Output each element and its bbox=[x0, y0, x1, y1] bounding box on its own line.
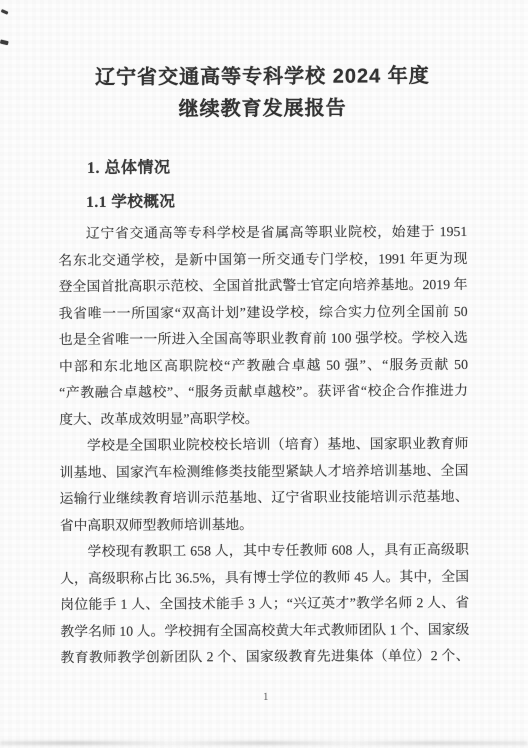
paragraph-3-line-4: 教学名师 10 人。学校拥有全国高校黄大年式教师团队 1 个、国家级职业 bbox=[60, 616, 469, 645]
scanned-report-page: 辽宁省交通高等专科学校 2024 年度 继续教育发展报告 1. 总体情况 1.1… bbox=[0, 0, 528, 748]
paragraph-1-line-2: 名东北交通学校，是新中国第一所交通专门学校，1991 年更为现名。荣 bbox=[58, 245, 467, 274]
document-sheet: 辽宁省交通高等专科学校 2024 年度 继续教育发展报告 1. 总体情况 1.1… bbox=[0, 0, 528, 748]
scan-speck-top-left-2 bbox=[0, 39, 9, 45]
scan-edge-smudge bbox=[0, 741, 528, 745]
subsection-heading: 1.1 学校概况 bbox=[86, 189, 175, 211]
paragraph-2-line-3: 运输行业继续教育培训示范基地、辽宁省职业技能培训示范基地、辽宁 bbox=[60, 484, 469, 513]
paragraph-3-line-5: 教育教师教学创新团队 2 个、国家级教育先进集体（单位）2 个、全国教 bbox=[60, 643, 469, 672]
section-heading: 1. 总体情况 bbox=[87, 154, 171, 177]
document-body: 辽宁省交通高等专科学校是省属高等职业院校，始建于 1951 年，时名东北交通学校… bbox=[58, 219, 469, 672]
paragraph-1-line-1: 辽宁省交通高等专科学校是省属高等职业院校，始建于 1951 年，时 bbox=[58, 219, 467, 248]
paragraph-3-line-2: 人，高级职称占比 36.5%，具有博士学位的教师 45 人。其中，全国青年 bbox=[60, 563, 469, 592]
paragraph-2-line-1: 学校是全国职业院校校长培训（培育）基地、国家职业教育师资培 bbox=[59, 431, 468, 460]
scan-speck-top-left-1 bbox=[1, 9, 9, 15]
paragraph-1-line-4: 我省唯一一所国家“双高计划”建设学校，综合实力位列全国前 50 强， bbox=[59, 298, 468, 327]
paragraph-2-line-2: 训基地、国家汽车检测维修类技能型紧缺人才培养培训基地、全国交通 bbox=[59, 457, 468, 486]
report-title-line-2: 继续教育发展报告 bbox=[0, 92, 527, 127]
page-number: 1 bbox=[2, 690, 528, 705]
paragraph-2-line-4: 省中高职双师型教师培训基地。 bbox=[60, 510, 469, 539]
report-title-line-1: 辽宁省交通高等专科学校 2024 年度 bbox=[0, 60, 527, 95]
paragraph-1-line-8: 度大、改革成效明显”高职学校。 bbox=[59, 404, 468, 433]
paragraph-1-line-5: 也是全省唯一一所进入全国高等职业教育前 100 强学校。学校入选全国 bbox=[59, 325, 468, 354]
paragraph-3-line-1: 学校现有教职工 658 人，其中专任教师 608 人，具有正高级职称 72 bbox=[60, 537, 469, 566]
paragraph-1-line-6: 中部和东北地区高职院校“产教融合卓越 50 强”、“服务贡献 50 强”、 bbox=[59, 351, 468, 380]
paragraph-1-line-3: 登全国首批高职示范校、全国首批武警士官定向培养基地。2019 年成为 bbox=[58, 272, 467, 301]
paragraph-3-line-3: 岗位能手 1 人、全国技术能手 3 人；“兴辽英才”教学名师 2 人、省级 bbox=[60, 590, 469, 619]
report-title: 辽宁省交通高等专科学校 2024 年度 继续教育发展报告 bbox=[0, 60, 527, 127]
paragraph-1-line-7: “产教融合卓越校”、“服务贡献卓越校”。获评省“校企合作推进力 bbox=[59, 378, 468, 407]
